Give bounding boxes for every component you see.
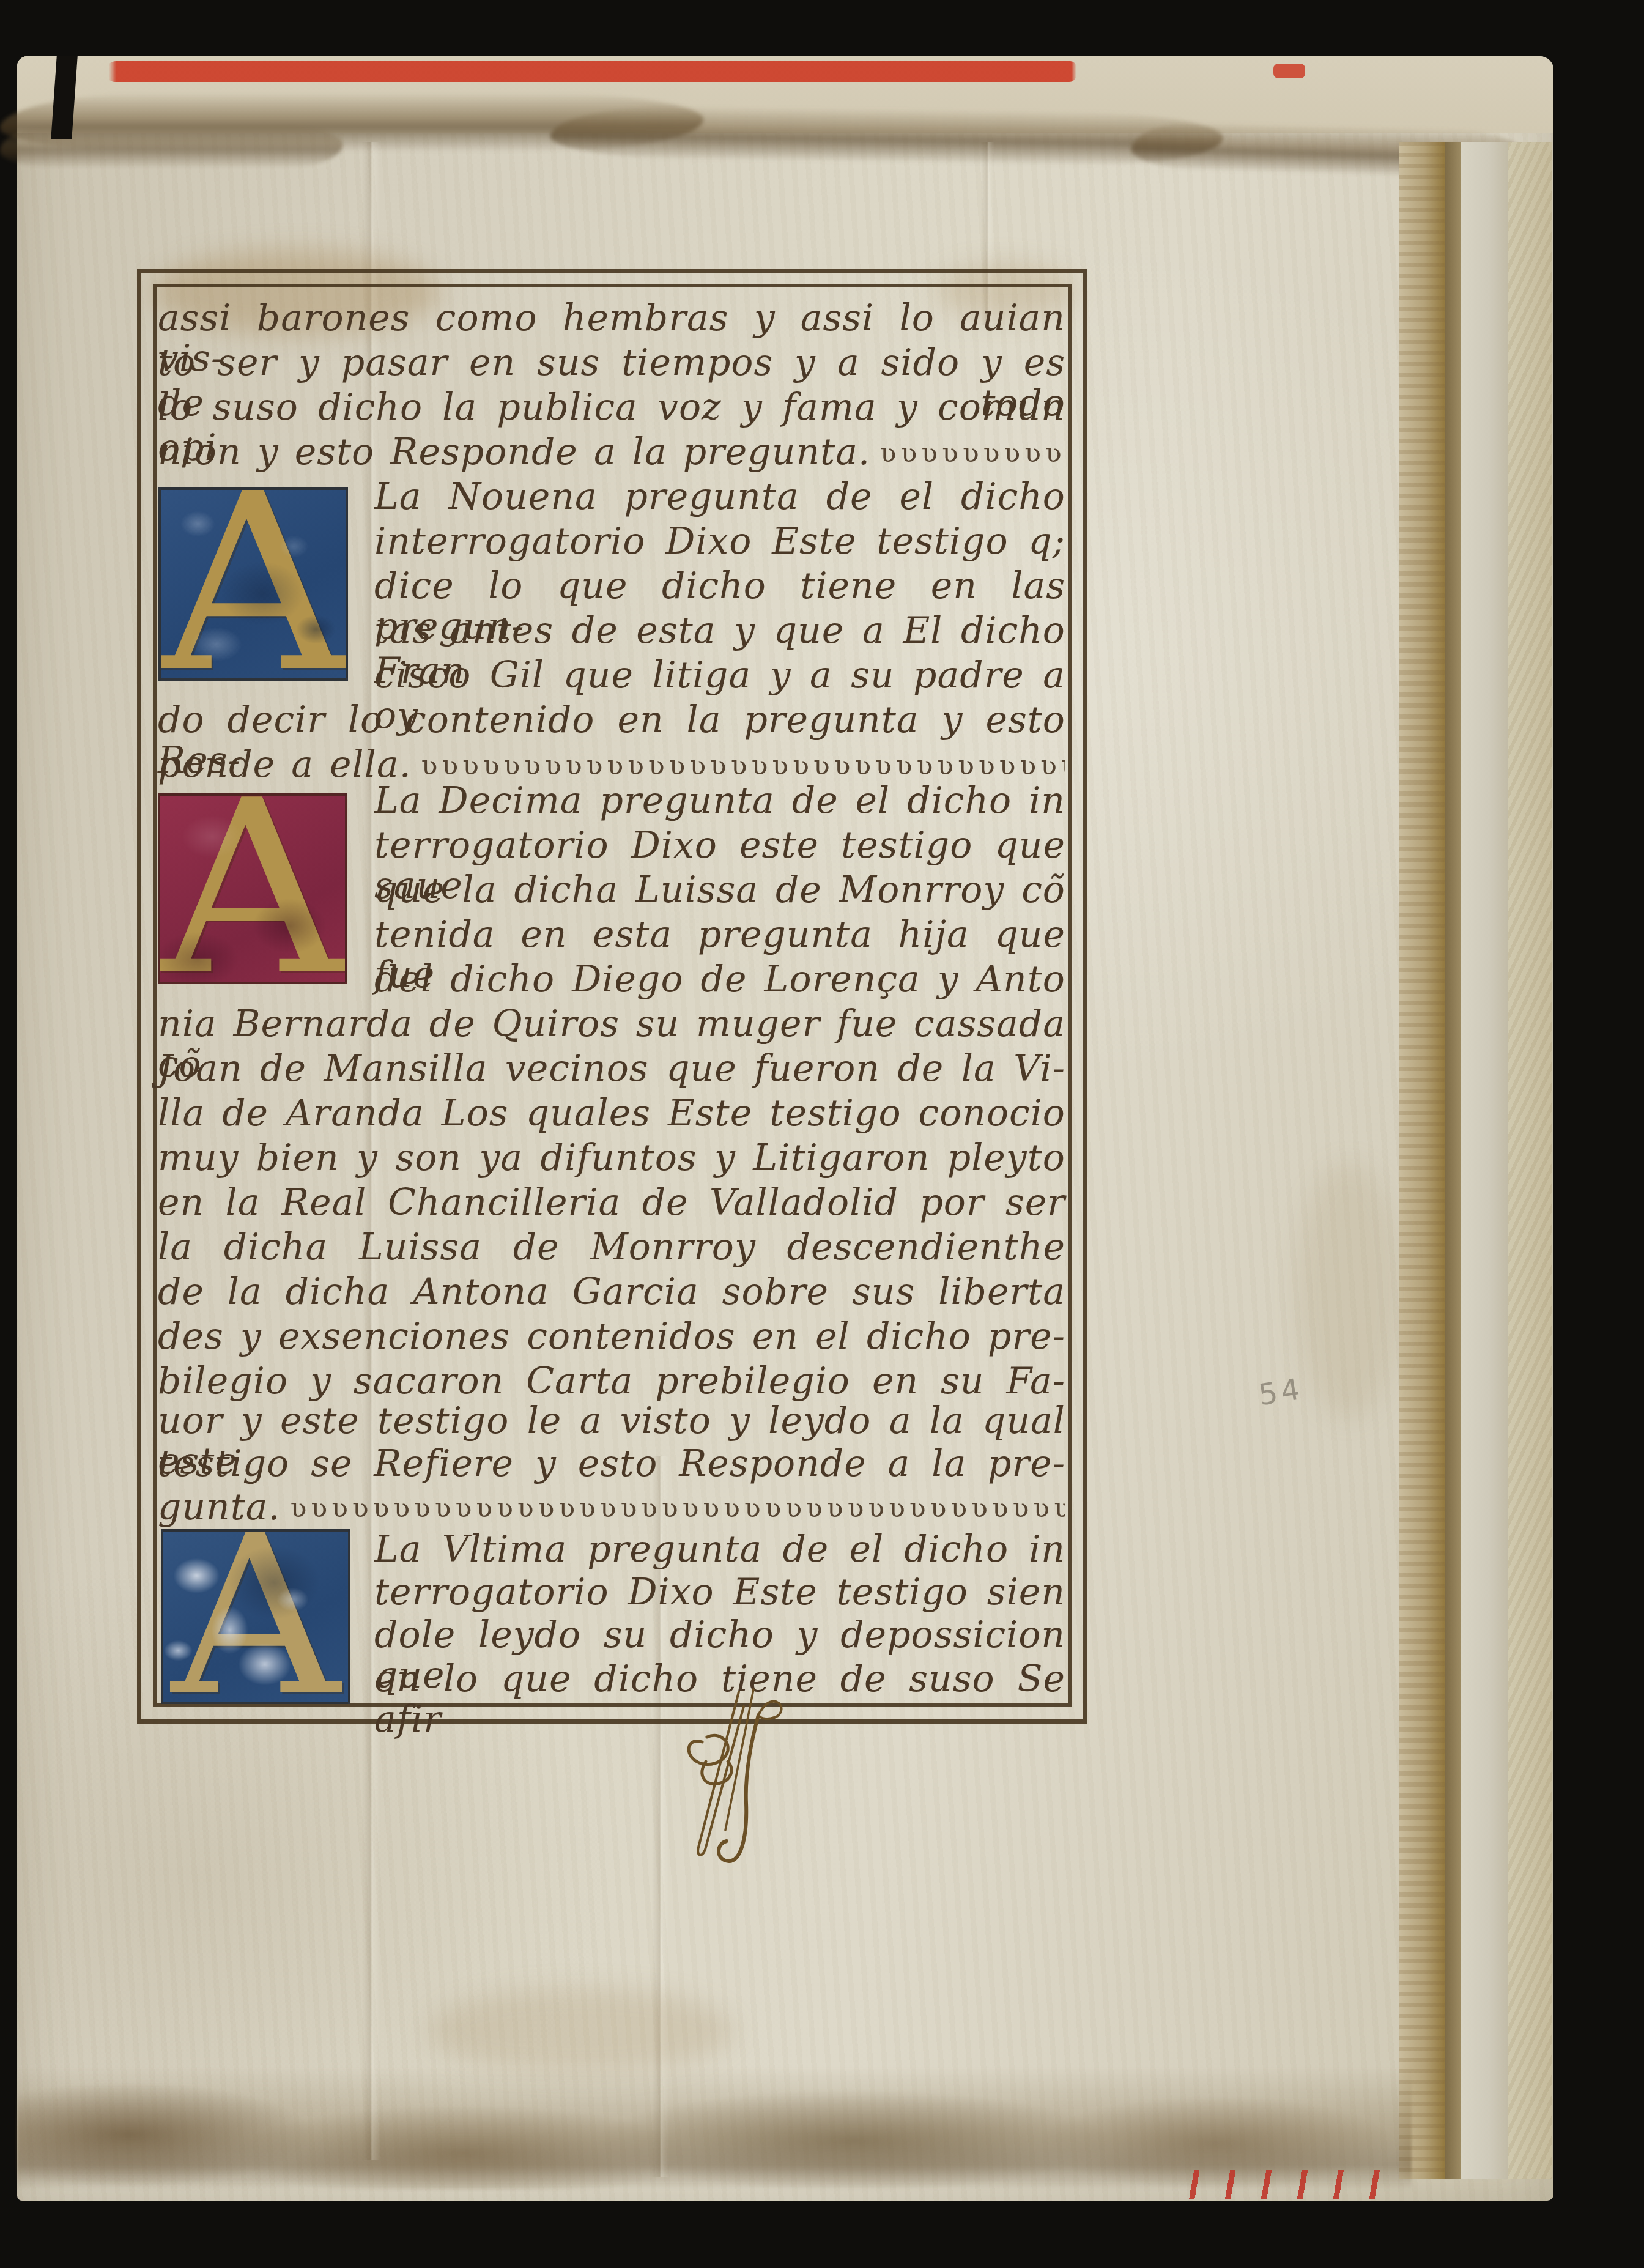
- top-edge-stain: [550, 104, 1223, 167]
- text-line: Joan de Mansilla vecinos que fueron de l…: [158, 1048, 1065, 1093]
- text-line: La Vltima pregunta de el dicho in: [374, 1529, 1065, 1574]
- text-line: La Decima pregunta de el dicho in: [374, 780, 1065, 825]
- text-line: dole leydo su dicho y depossicion que: [374, 1615, 1065, 1659]
- initial-letter: A: [161, 798, 344, 979]
- photo-stage: A A A assi barones como hembras y assi l…: [0, 0, 1644, 2268]
- text-line: tenida en esta pregunta hija que fue: [374, 914, 1065, 959]
- text-line: tas antes de esta y que a El dicho Fran: [374, 610, 1065, 655]
- text-line: do decir lo contenido en la pregunta y e…: [158, 700, 1065, 744]
- text-line: lo suso dicho la publica voz y fama y co…: [158, 387, 1065, 432]
- edge-paint-red-bottom: [1179, 2170, 1390, 2199]
- line-text: nion y esto Responde a la pregunta.: [158, 432, 870, 472]
- fore-edge-leaves: [1399, 142, 1445, 2179]
- text-line: La Nouena pregunta de el dicho: [374, 476, 1065, 521]
- text-line: la dicha Luissa de Monrroy descendienthe: [158, 1227, 1065, 1272]
- text-line: dice lo que dicho tiene en las pregun-: [374, 566, 1065, 610]
- text-line: to ser y pasar en sus tiempos y a sido y…: [158, 343, 1065, 387]
- fore-edge-leaves: [1508, 142, 1552, 2179]
- text-line: assi barones como hembras y assi lo auia…: [158, 298, 1065, 343]
- folio-number-pencil: 54: [1256, 1372, 1306, 1413]
- line-text: ponde a ella.: [158, 744, 412, 785]
- fore-edge-leaves: [1445, 142, 1461, 2179]
- text-line: interrogatorio Dixo Este testigo q;: [374, 521, 1065, 566]
- fore-edge-leaves: [1461, 142, 1508, 2179]
- stain: [1297, 1162, 1401, 1419]
- edge-paint-red-dash: [1273, 64, 1305, 78]
- illuminated-initial-crimson: A: [158, 793, 347, 984]
- swirl-line-filler: ʋʋʋʋʋʋʋʋʋʋʋʋʋʋʋʋʋʋʋʋʋʋʋʋʋʋʋʋʋʋʋʋʋʋʋʋʋʋʋʋ…: [291, 1488, 1065, 1529]
- text-line: muy bien y son ya difuntos y Litigaron p…: [158, 1138, 1065, 1182]
- text-line: lla de Aranda Los quales Este testigo co…: [158, 1093, 1065, 1138]
- illuminated-initial-blue-2: A: [161, 1529, 350, 1704]
- text-line: del dicho Diego de Lorença y Anto: [374, 959, 1065, 1004]
- text-line: de la dicha Antona Garcia sobre sus libe…: [158, 1272, 1065, 1316]
- text-line: des y exsenciones contenidos en el dicho…: [158, 1316, 1065, 1361]
- text-line: uor y este testigo le a visto y leydo a …: [158, 1401, 1065, 1445]
- illuminated-initial-blue-1: A: [158, 487, 348, 681]
- edge-paint-red-top: [105, 61, 1076, 82]
- initial-letter: A: [160, 492, 347, 676]
- text-line: nion y esto Responde a la pregunta. ʋʋʋʋ…: [158, 432, 1065, 476]
- text-line: nia Bernarda de Quiros su muger fue cass…: [158, 1004, 1065, 1048]
- text-line: cisco Gil que litiga y a su padre a oy: [374, 655, 1065, 700]
- stain: [428, 1988, 734, 2073]
- text-line: terrogatorio Dixo Este testigo sien: [374, 1572, 1065, 1617]
- line-text: gunta.: [158, 1487, 281, 1527]
- text-line: en la Real Chancilleria de Valladolid po…: [158, 1182, 1065, 1227]
- text-line: que la dicha Luissa de Monrroy cõ: [374, 870, 1065, 914]
- initial-letter: A: [171, 1533, 340, 1700]
- text-line: terrogatorio Dixo este testigo que saue: [374, 825, 1065, 870]
- notarial-rubric-flourish: [667, 1683, 799, 1877]
- text-line: testigo se Refiere y esto Responde a la …: [158, 1443, 1065, 1488]
- text-line: gunta. ʋʋʋʋʋʋʋʋʋʋʋʋʋʋʋʋʋʋʋʋʋʋʋʋʋʋʋʋʋʋʋʋʋ…: [158, 1487, 1065, 1532]
- swirl-line-filler: ʋʋʋʋʋʋʋʋʋʋʋʋʋʋʋʋʋʋʋʋʋʋʋʋʋʋʋʋʋʋ: [880, 433, 1065, 473]
